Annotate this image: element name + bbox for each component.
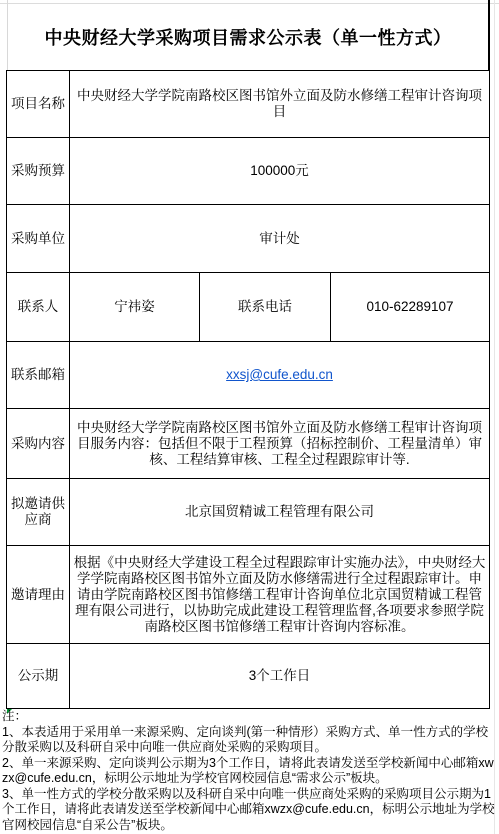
supplier-value: 北京国贸精诚工程管理有限公司 xyxy=(70,479,490,546)
note-3: 3、单一性方式的学校分散采购以及科研自采中向唯一供应商处采购的采购项目公示期为1… xyxy=(2,787,498,834)
purchase-unit-label: 采购单位 xyxy=(7,205,70,273)
gridline-top xyxy=(0,3,499,4)
content-label: 采购内容 xyxy=(7,409,70,479)
note-2: 2、单一来源采购、定向谈判公示期为3个工作日，请将此表请发送至学校新闻中心邮箱x… xyxy=(2,756,498,787)
row-budget: 采购预算 100000元 xyxy=(7,138,490,205)
row-project-name: 项目名称 中央财经大学学院南路校区图书馆外立面及防水修缮工程审计咨询项目 xyxy=(7,71,490,138)
budget-value: 100000元 xyxy=(70,138,490,205)
purchase-unit-value: 审计处 xyxy=(70,205,490,273)
reason-label: 邀请理由 xyxy=(7,546,70,644)
footnotes: 注： 1、本表适用于采用单一来源采购、定向谈判(第一种情形）采购方式、单一性方式… xyxy=(2,709,498,833)
project-name-value: 中央财经大学学院南路校区图书馆外立面及防水修缮工程审计咨询项目 xyxy=(70,71,490,138)
notes-heading: 注： xyxy=(2,709,498,725)
contact-label: 联系人 xyxy=(7,273,70,342)
contact-email-link[interactable]: xxsj@cufe.edu.cn xyxy=(226,367,333,382)
contact-phone-value: 010-62289107 xyxy=(331,273,490,342)
title-right-border xyxy=(488,0,490,71)
project-name-label: 项目名称 xyxy=(7,71,70,138)
row-publicity-period: 公示期 3个工作日 xyxy=(7,644,490,709)
email-cell: xxsj@cufe.edu.cn xyxy=(70,342,490,409)
row-content: 采购内容 中央财经大学学院南路校区图书馆外立面及防水修缮工程审计咨询项目服务内容… xyxy=(7,409,490,479)
contact-name-value: 宁祎姿 xyxy=(70,273,200,342)
reason-value: 根据《中央财经大学建设工程全过程跟踪审计实施办法》，中央财经大学学院南路校区图书… xyxy=(70,546,490,644)
content-value: 中央财经大学学院南路校区图书馆外立面及防水修缮工程审计咨询项目服务内容：包括但不… xyxy=(70,409,490,479)
row-email: 联系邮箱 xxsj@cufe.edu.cn xyxy=(7,342,490,409)
supplier-label: 拟邀请供应商 xyxy=(7,479,70,546)
row-purchase-unit: 采购单位 审计处 xyxy=(7,205,490,273)
email-label: 联系邮箱 xyxy=(7,342,70,409)
budget-label: 采购预算 xyxy=(7,138,70,205)
row-contact: 联系人 宁祎姿 联系电话 010-62289107 xyxy=(7,273,490,342)
page-title: 中央财经大学采购项目需求公示表（单一性方式） xyxy=(8,5,488,68)
row-supplier: 拟邀请供应商 北京国贸精诚工程管理有限公司 xyxy=(7,479,490,546)
publicity-period-value: 3个工作日 xyxy=(70,644,490,709)
spreadsheet-page: 中央财经大学采购项目需求公示表（单一性方式） 项目名称 中央财经大学学院南路校区… xyxy=(0,0,499,834)
procurement-form-table: 项目名称 中央财经大学学院南路校区图书馆外立面及防水修缮工程审计咨询项目 采购预… xyxy=(6,70,490,709)
publicity-period-label: 公示期 xyxy=(7,644,70,709)
row-reason: 邀请理由 根据《中央财经大学建设工程全过程跟踪审计实施办法》，中央财经大学学院南… xyxy=(7,546,490,644)
contact-phone-label: 联系电话 xyxy=(200,273,331,342)
note-1: 1、本表适用于采用单一来源采购、定向谈判(第一种情形）采购方式、单一性方式的学校… xyxy=(2,725,498,756)
